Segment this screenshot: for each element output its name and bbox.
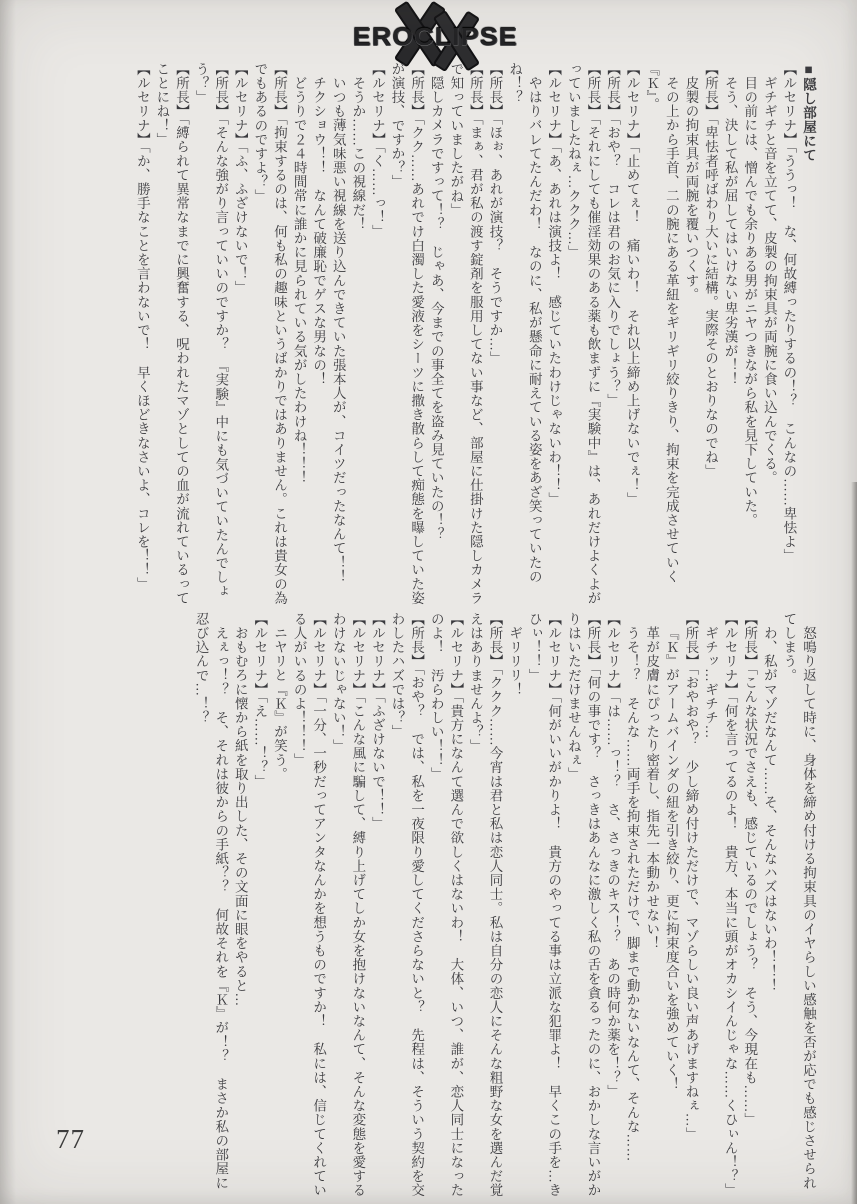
text-column: 【ルセリナ】「何がいいがかりよ！ 貴方のやってる事は立派な犯罪よ！ 早くこの手を…: [524, 612, 563, 1200]
text-column: ニヤリと『Ｋ』が笑う。: [269, 612, 289, 1200]
text-column: 【ルセリナ】「ふ、ふざけないで！」: [230, 62, 250, 608]
scan-edge-left: [0, 0, 16, 1204]
text-column: 隠しカメラですって！？ じゃあ、今までの事全てを盗み見ていたの！？: [426, 62, 446, 608]
text-column: 【所長】「おやおや？ 少し締め付けただけで、マゾらしい良い声あげますねぇ…」: [681, 612, 701, 1200]
text-column: 【ルセリナ】「か、勝手なことを言わないで！ 早くほどきなさいよ、コレを！！」: [132, 62, 152, 608]
text-column: 【所長】「おや？ では、私を一夜限り愛してくださらないと？ 先程は、そういう契約…: [387, 612, 426, 1200]
text-column: 【所長】「そんな強がり言っていいのですか？ 『実験』中にも気づいていたんでしょう…: [191, 62, 230, 608]
text-column: 【ルセリナ】「止めてぇ！ 痛いわ！ それ以上締め上げないでぇ！」: [622, 62, 642, 608]
text-column: 『Ｋ』がアームバインダの紐を引き絞り、更に拘束度合いを強めていく！: [661, 612, 681, 1200]
text-column: 【所長】「卑怯者呼ばわり大いに結構。実際そのとおりなのでね」: [700, 62, 720, 608]
text-column: 怒鳴り返して時に、身体を締め付ける拘束具のイヤらしい感触を否が応でも感じさせられ…: [779, 612, 818, 1200]
text-column: 【ルセリナ】「何を言ってるのよ！ 貴方、本当に頭がオカシイんじゃな……くひぃん！…: [720, 612, 740, 1200]
text-column: 【所長】「縛られて異常なまでに興奮する、呪われたマゾとしての血が流れているってこ…: [152, 62, 191, 608]
text-column: 【ルセリナ】「ふざけないで！！」: [367, 612, 387, 1200]
scan-edge-right: [851, 482, 857, 1204]
text-column: 【所長】「ククク……今宵は君と私は恋人同士。私は自分の恋人にそんな粗野な女を選ん…: [465, 612, 504, 1200]
text-column: 【所長】「何の事です？ さっきはあんなに激しく私の舌を貪るったのに、おかしな言い…: [563, 612, 602, 1200]
text-block-top: ■隠し部屋にて 【ルセリナ】「ううっ！ な、何故縛ったりするの！？ こんなの………: [62, 62, 818, 608]
text-column: 【所長】「それにしても催淫効果のある薬も飲まずに『実験中』は、あれだけよくよがっ…: [563, 62, 602, 608]
text-column: えぇっ！？ そ、それは彼からの手紙？？ 何故それを『Ｋ』が！？ まさか私の部屋に…: [191, 612, 230, 1200]
logo-text: EROCLIPSE: [328, 25, 542, 50]
text-column: 【ルセリナ】「く……っ！」: [367, 62, 387, 608]
text-column: そうか……この視線だ！: [348, 62, 368, 608]
text-column: 革が皮膚にぴったり密着し、指先一本動かせない！: [642, 612, 662, 1200]
text-column: 【ルセリナ】「貴方になんて選んで欲しくはないわ！ 大体、いつ、誰が、恋人同士にな…: [426, 612, 465, 1200]
text-column: 【ルセリナ】「は……っ！？ さ、さっきのキス！？ あの時何か薬を！？」: [602, 612, 622, 1200]
text-column: やはりバレてたんだわ！ なのに、私が懸命に耐えている姿をあざ笑っていたのね！？: [505, 62, 544, 608]
text-column: わ、私がマゾだなんて……そ、そんなハズはないわ！！！: [759, 612, 779, 1200]
text-column: うそ！？ そんな……両手を拘束されただけで、脚まで動かないなんて、そんな……: [622, 612, 642, 1200]
text-column: 【所長】「こんな状況でさえも、感じているのでしょう？ そう、今現在も……」: [740, 612, 760, 1200]
text-column: 目の前には、憎んでも余りある男がニヤつきながら私を見下していた。: [740, 62, 760, 608]
text-column: いつも薄気味悪い視線を送り込んできていた張本人が、コイツだったなんて！！: [328, 62, 348, 608]
text-column: 【所長】「拘束するのは、何も私の趣味というばかりではありません。これは貴女の為で…: [250, 62, 289, 608]
page-number: 77: [56, 1124, 85, 1155]
text-column: 【ルセリナ】「こんな風に騙して、縛り上げてしか女を抱けないなんて、そんな変態を愛…: [328, 612, 367, 1200]
text-column: ギチッ…ギチチ…: [700, 612, 720, 1200]
text-block-bottom: 怒鳴り返して時に、身体を締め付ける拘束具のイヤらしい感触を否が応でも感じさせられ…: [58, 612, 818, 1200]
text-column: 【ルセリナ】「え……！？」: [250, 612, 270, 1200]
text-column: ギチギチと音を立てて、皮製の拘束具が両腕に食い込んでくる。: [759, 62, 779, 608]
text-column: 【ルセリナ】「あ、あれは演技よ！ 感じていたわけじゃないわ！！」: [544, 62, 564, 608]
text-column: ギリリリ！: [505, 612, 525, 1200]
text-column: チクショウ！！ なんて破廉恥でゲスな男なの！: [309, 62, 329, 608]
text-column: どうりで２４時間常に誰かに見られている気がしたわけね！！！: [289, 62, 309, 608]
text-column: 【所長】「クク……あれでけ白濁した愛液をシーツに撒き散らして痴態を曝していた姿が…: [387, 62, 426, 608]
text-column: 【ルセリナ】「一分、一秒だってアンタなんかを想うものですか！ 私には、信じてくれ…: [289, 612, 328, 1200]
scanned-page: EROCLIPSE ■隠し部屋にて 【ルセリナ】「ううっ！ な、何故縛ったりする…: [0, 0, 857, 1204]
text-column: 【ルセリナ】「ううっ！ な、何故縛ったりするの！？ こんなの……卑怯よ」: [779, 62, 799, 608]
text-column: 【所長】「ほぉ、あれが演技？ そうですか…」: [485, 62, 505, 608]
text-column: 【所長】「おや？ コレは君のお気に入りでしょう？」: [602, 62, 622, 608]
text-column: その上から手首、二の腕にある革紐をギリギリ絞りきり、拘束を完成させていく『Ｋ』。: [642, 62, 681, 608]
text-column: そう、決して私が屈してはいけない卑劣漢が！！: [720, 62, 740, 608]
text-column: 【所長】「まぁ、君が私の渡す錠剤を服用してない事など、部屋に仕掛けた隠しカメラで…: [446, 62, 485, 608]
text-column: 皮製の拘束具が両腕を覆いつくす。: [681, 62, 701, 608]
section-heading: ■隠し部屋にて: [798, 62, 818, 608]
text-column: おもむろに懐から紙を取り出した、その文面に眼をやると…: [230, 612, 250, 1200]
